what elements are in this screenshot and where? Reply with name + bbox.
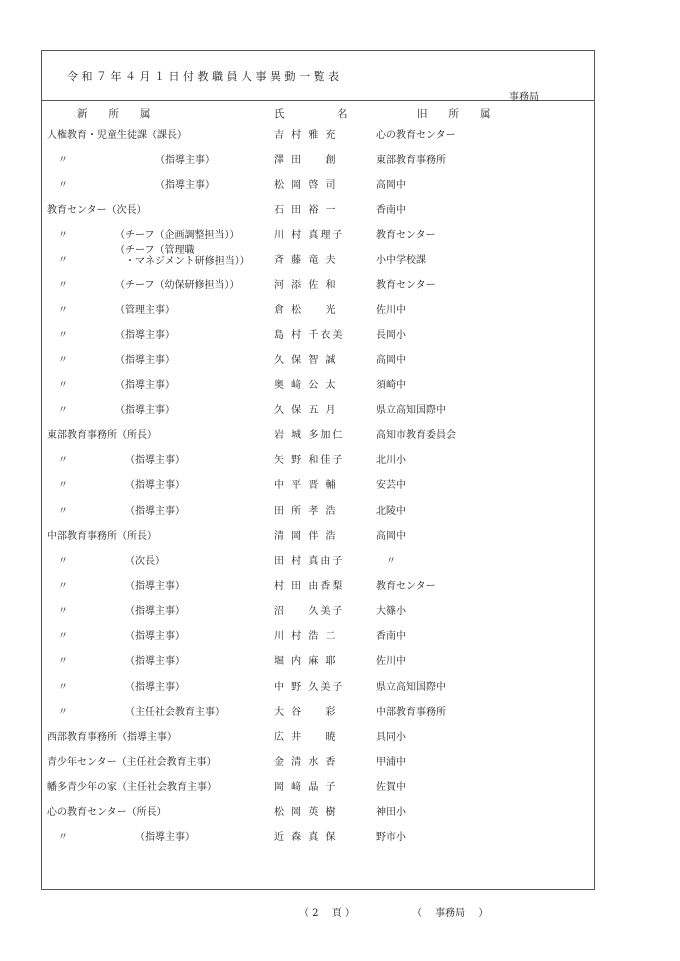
old-affiliation: 教育センター <box>376 577 436 592</box>
old-affiliation: 北川小 <box>376 451 406 466</box>
table-row: 青少年センター（主任社会教育主事）金 清 水 香甲浦中 <box>0 753 680 769</box>
position: （指導主事） <box>125 678 185 693</box>
table-row: 〃（指導主事）矢 野 和佳子北川小 <box>0 451 680 467</box>
position: （指導主事） <box>125 451 185 466</box>
new-affiliation: 〃 <box>58 176 68 191</box>
new-affiliation: 〃 <box>58 652 68 667</box>
person-name: 岡 﨑 晶 子 <box>274 778 338 793</box>
person-name: 松 岡 啓 司 <box>274 176 338 191</box>
department-label: 事務局 <box>509 88 539 103</box>
new-affiliation: 〃 <box>58 326 68 341</box>
new-affiliation: 〃 <box>58 401 68 416</box>
position-line-1: （チーフ（管理職 <box>115 245 250 256</box>
position: （チーフ（幼保研修担当）） <box>115 276 240 291</box>
old-affiliation: 県立高知国際中 <box>376 401 446 416</box>
header-name: 氏 名 <box>274 106 348 121</box>
table-row: 〃（指導主事）堀 内 麻 耶佐川中 <box>0 652 680 668</box>
person-name: 清 岡 伴 浩 <box>274 527 338 542</box>
new-affiliation: 幡多青少年の家（主任社会教育主事） <box>47 778 217 793</box>
person-name: 大 谷 彩 <box>274 703 338 718</box>
old-affiliation: 教育センター <box>376 276 436 291</box>
person-name: 島 村 千衣美 <box>274 326 344 341</box>
table-row: 〃（次長）田 村 真由子 〃 <box>0 552 680 568</box>
position: （主任社会教育主事） <box>125 703 225 718</box>
table-row: 〃（管理主事）倉 松 光佐川中 <box>0 301 680 317</box>
table-row: 〃（チーフ（企画調整担当））川 村 真理子教育センター <box>0 226 680 242</box>
old-affiliation: 高岡中 <box>376 176 406 191</box>
header-new-affiliation: 新 所 属 <box>77 106 151 121</box>
new-affiliation: 〃 <box>58 226 68 241</box>
old-affiliation: 香南中 <box>376 201 406 216</box>
person-name: 近 森 真 保 <box>274 828 338 843</box>
new-affiliation: 〃 <box>58 351 68 366</box>
table-row: 〃（指導主事）近 森 真 保野市小 <box>0 828 680 844</box>
table-row: 〃（指導主事）久 保 五 月県立高知国際中 <box>0 401 680 417</box>
table-row: 中部教育事務所（所長）清 岡 伴 浩高岡中 <box>0 527 680 543</box>
old-affiliation: 中部教育事務所 <box>376 703 446 718</box>
table-row: 〃（チーフ（幼保研修担当））河 添 佐 和教育センター <box>0 276 680 292</box>
person-name: 久 保 五 月 <box>274 401 338 416</box>
new-affiliation: 〃 <box>58 577 68 592</box>
position: （指導主事） <box>155 176 215 191</box>
new-affiliation: 〃 <box>58 451 68 466</box>
table-row: 心の教育センター（所長）松 岡 英 樹神田小 <box>0 803 680 819</box>
table-row: 〃（指導主事）中 平 晋 輔安芸中 <box>0 476 680 492</box>
new-affiliation: 〃 <box>58 828 68 843</box>
new-affiliation: 〃 <box>58 301 68 316</box>
new-affiliation: 〃 <box>58 251 68 266</box>
table-row: 〃（指導主事）中 野 久美子県立高知国際中 <box>0 678 680 694</box>
old-affiliation: 〃 <box>376 552 396 567</box>
table-row: 〃（指導主事）澤 田 創東部教育事務所 <box>0 151 680 167</box>
position: （指導主事） <box>125 476 185 491</box>
person-name: 広 井 暁 <box>274 728 338 743</box>
person-name: 河 添 佐 和 <box>274 276 338 291</box>
person-name: 金 清 水 香 <box>274 753 338 768</box>
table-row: 〃（指導主事）沼 久美子大篠小 <box>0 602 680 618</box>
document-title: 令和７年４月１日付教職員人事異動一覧表 <box>67 68 343 84</box>
position: （指導主事） <box>135 828 195 843</box>
old-affiliation: 神田小 <box>376 803 406 818</box>
old-affiliation: 安芸中 <box>376 476 406 491</box>
new-affiliation: 〃 <box>58 627 68 642</box>
position: （チーフ（管理職・マネジメント研修担当）） <box>115 245 250 267</box>
new-affiliation: 東部教育事務所（所長） <box>47 426 157 441</box>
person-name: 吉 村 雅 充 <box>274 126 338 141</box>
old-affiliation: 香南中 <box>376 627 406 642</box>
old-affiliation: 具同小 <box>376 728 406 743</box>
new-affiliation: 〃 <box>58 703 68 718</box>
old-affiliation: 高岡中 <box>376 351 406 366</box>
person-name: 奥 﨑 公 太 <box>274 376 338 391</box>
new-affiliation: 教育センター（次長） <box>47 201 147 216</box>
person-name: 田 所 孝 浩 <box>274 502 338 517</box>
position: （指導主事） <box>125 627 185 642</box>
old-affiliation: 佐川中 <box>376 301 406 316</box>
new-affiliation: 〃 <box>58 476 68 491</box>
person-name: 川 村 真理子 <box>274 226 344 241</box>
old-affiliation: 須崎中 <box>376 376 406 391</box>
new-affiliation: 〃 <box>58 602 68 617</box>
table-row: 西部教育事務所（指導主事）広 井 暁具同小 <box>0 728 680 744</box>
old-affiliation: 大篠小 <box>376 602 406 617</box>
table-row: 〃（指導主事）村 田 由香梨教育センター <box>0 577 680 593</box>
position: （指導主事） <box>115 351 175 366</box>
position: （チーフ（企画調整担当）） <box>115 226 240 241</box>
new-affiliation: 〃 <box>58 376 68 391</box>
table-row: 〃（主任社会教育主事）大 谷 彩中部教育事務所 <box>0 703 680 719</box>
new-affiliation: 〃 <box>58 151 68 166</box>
new-affiliation: 中部教育事務所（所長） <box>47 527 157 542</box>
old-affiliation: 教育センター <box>376 226 436 241</box>
old-affiliation: 心の教育センター <box>376 126 456 141</box>
person-name: 矢 野 和佳子 <box>274 451 344 466</box>
person-name: 斉 藤 竜 夫 <box>274 251 338 266</box>
new-affiliation: 〃 <box>58 502 68 517</box>
person-name: 川 村 浩 二 <box>274 627 338 642</box>
table-row: 〃（指導主事）久 保 智 誠高岡中 <box>0 351 680 367</box>
old-affiliation: 野市小 <box>376 828 406 843</box>
position: （指導主事） <box>125 577 185 592</box>
new-affiliation: 〃 <box>58 552 68 567</box>
position: （指導主事） <box>125 652 185 667</box>
position-line-2: ・マネジメント研修担当）） <box>115 256 250 267</box>
header-old-affiliation: 旧 所 属 <box>417 106 491 121</box>
page-number: （ 2 頁 ） <box>299 904 355 919</box>
old-affiliation: 高岡中 <box>376 527 406 542</box>
person-name: 岩 城 多加仁 <box>274 426 344 441</box>
new-affiliation: 心の教育センター（所長） <box>47 803 167 818</box>
new-affiliation: 人権教育・児童生徒課（課長） <box>47 126 187 141</box>
old-affiliation: 県立高知国際中 <box>376 678 446 693</box>
person-name: 田 村 真由子 <box>274 552 344 567</box>
old-affiliation: 甲浦中 <box>376 753 406 768</box>
position: （管理主事） <box>115 301 175 316</box>
person-name: 中 野 久美子 <box>274 678 344 693</box>
position: （指導主事） <box>115 376 175 391</box>
position: （指導主事） <box>115 326 175 341</box>
person-name: 久 保 智 誠 <box>274 351 338 366</box>
footer-office: （ 事務局 ） <box>412 904 488 919</box>
person-name: 松 岡 英 樹 <box>274 803 338 818</box>
person-name: 中 平 晋 輔 <box>274 476 338 491</box>
table-row: 〃（チーフ（管理職・マネジメント研修担当））斉 藤 竜 夫小中学校課 <box>0 251 680 267</box>
person-name: 澤 田 創 <box>274 151 338 166</box>
position: （指導主事） <box>125 602 185 617</box>
person-name: 石 田 裕 一 <box>274 201 338 216</box>
old-affiliation: 佐賀中 <box>376 778 406 793</box>
new-affiliation: 西部教育事務所（指導主事） <box>47 728 177 743</box>
table-row: 〃（指導主事）川 村 浩 二香南中 <box>0 627 680 643</box>
old-affiliation: 北陵中 <box>376 502 406 517</box>
position: （指導主事） <box>125 502 185 517</box>
old-affiliation: 高知市教育委員会 <box>376 426 456 441</box>
person-name: 倉 松 光 <box>274 301 338 316</box>
table-row: 〃（指導主事）奥 﨑 公 太須崎中 <box>0 376 680 392</box>
table-row: 人権教育・児童生徒課（課長）吉 村 雅 充心の教育センター <box>0 126 680 142</box>
table-row: 教育センター（次長）石 田 裕 一香南中 <box>0 201 680 217</box>
old-affiliation: 東部教育事務所 <box>376 151 446 166</box>
position: （指導主事） <box>115 401 175 416</box>
table-row: 〃（指導主事）島 村 千衣美長岡小 <box>0 326 680 342</box>
new-affiliation: 青少年センター（主任社会教育主事） <box>47 753 217 768</box>
position: （次長） <box>125 552 165 567</box>
table-row: 東部教育事務所（所長）岩 城 多加仁高知市教育委員会 <box>0 426 680 442</box>
new-affiliation: 〃 <box>58 276 68 291</box>
old-affiliation: 小中学校課 <box>376 251 426 266</box>
position: （指導主事） <box>155 151 215 166</box>
old-affiliation: 長岡小 <box>376 326 406 341</box>
old-affiliation: 佐川中 <box>376 652 406 667</box>
person-name: 堀 内 麻 耶 <box>274 652 338 667</box>
person-name: 沼 久美子 <box>274 602 344 617</box>
table-row: 〃（指導主事）松 岡 啓 司高岡中 <box>0 176 680 192</box>
person-name: 村 田 由香梨 <box>274 577 344 592</box>
table-row: 〃（指導主事）田 所 孝 浩北陵中 <box>0 502 680 518</box>
new-affiliation: 〃 <box>58 678 68 693</box>
table-row: 幡多青少年の家（主任社会教育主事）岡 﨑 晶 子佐賀中 <box>0 778 680 794</box>
